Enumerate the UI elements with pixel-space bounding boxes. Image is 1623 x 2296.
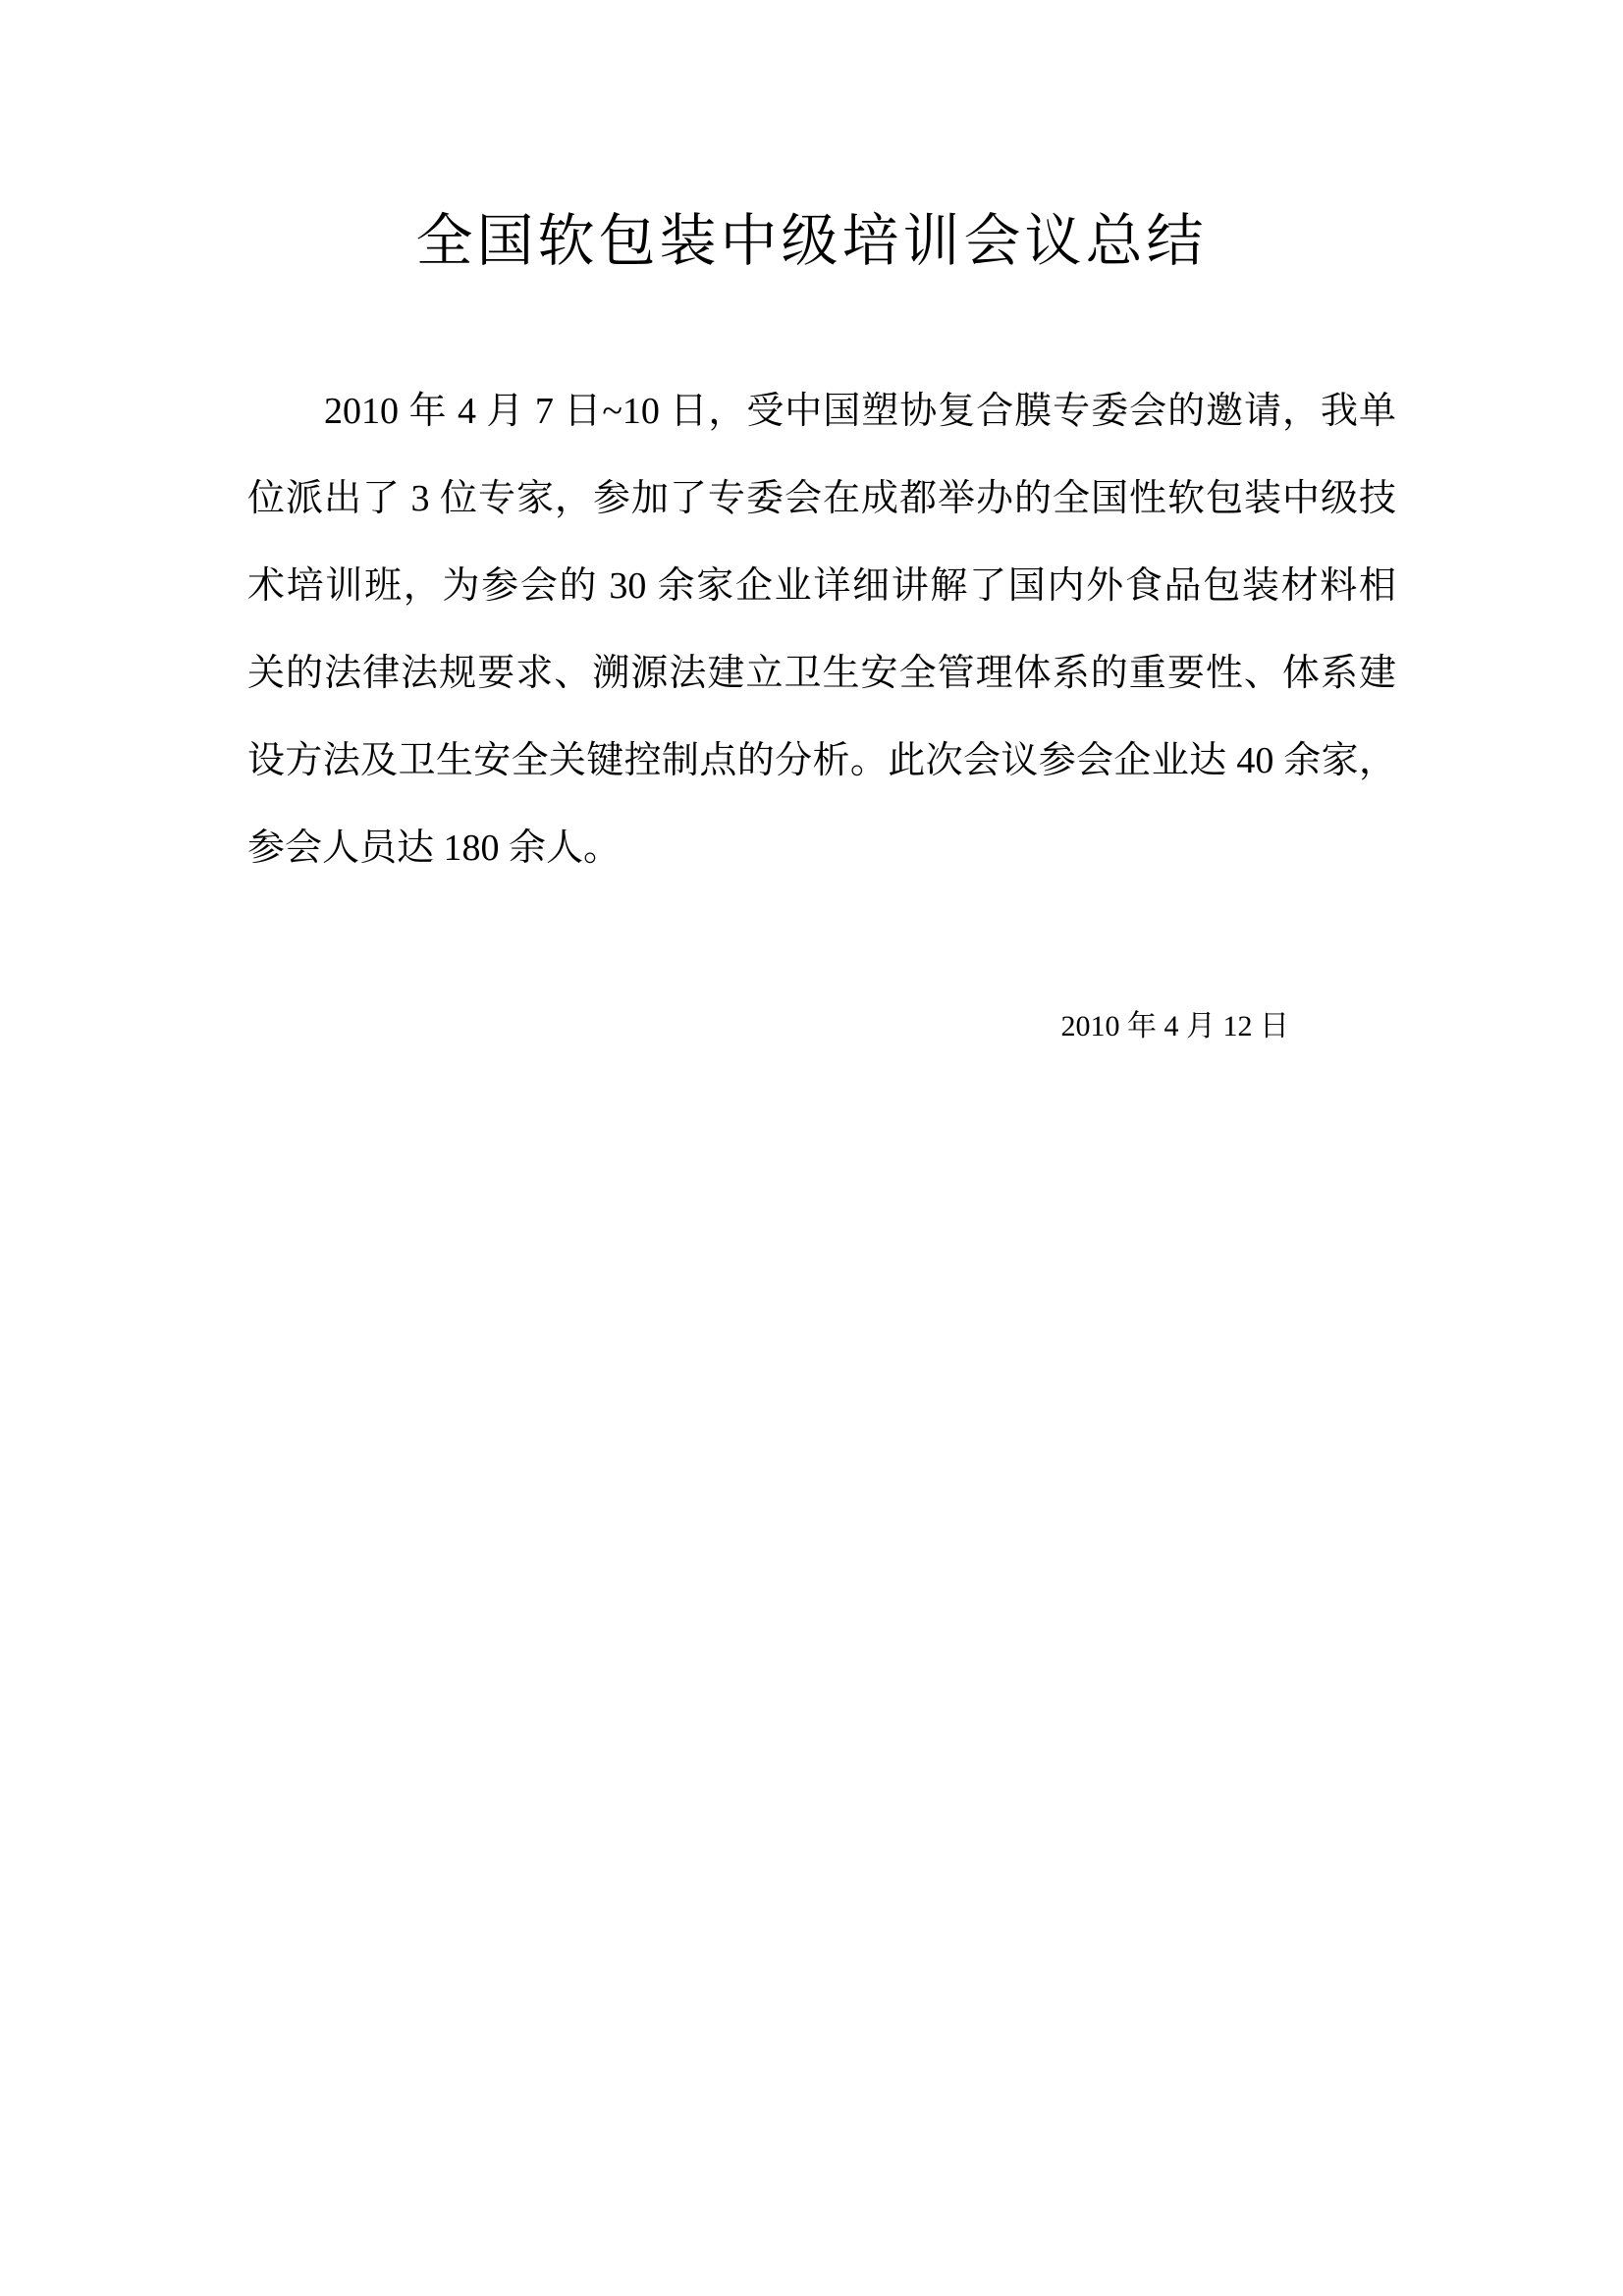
document-title: 全国软包装中级培训会议总结 [0, 209, 1623, 275]
paragraph-line-5: 设方法及卫生安全关键控制点的分析。此次会议参会企业达 40 余家， [247, 718, 1396, 805]
paragraph-line-6: 参会人员达 180 余人。 [247, 805, 1396, 892]
paragraph-line-1: 2010 年 4 月 7 日~10 日，受中国塑协复合膜专委会的邀请，我单 [247, 368, 1396, 455]
paragraph-line-3: 术培训班，为参会的 30 余家企业详细讲解了国内外食品包装材料相 [247, 543, 1396, 630]
document-page: 全国软包装中级培训会议总结 2010 年 4 月 7 日~10 日，受中国塑协复… [0, 0, 1623, 2296]
paragraph-line-2: 位派出了 3 位专家，参加了专委会在成都举办的全国性软包装中级技 [247, 455, 1396, 543]
document-date: 2010 年 4 月 12 日 [1061, 1007, 1290, 1046]
paragraph-line-4: 关的法律法规要求、溯源法建立卫生安全管理体系的重要性、体系建 [247, 630, 1396, 718]
document-paragraph: 2010 年 4 月 7 日~10 日，受中国塑协复合膜专委会的邀请，我单 位派… [247, 368, 1396, 892]
